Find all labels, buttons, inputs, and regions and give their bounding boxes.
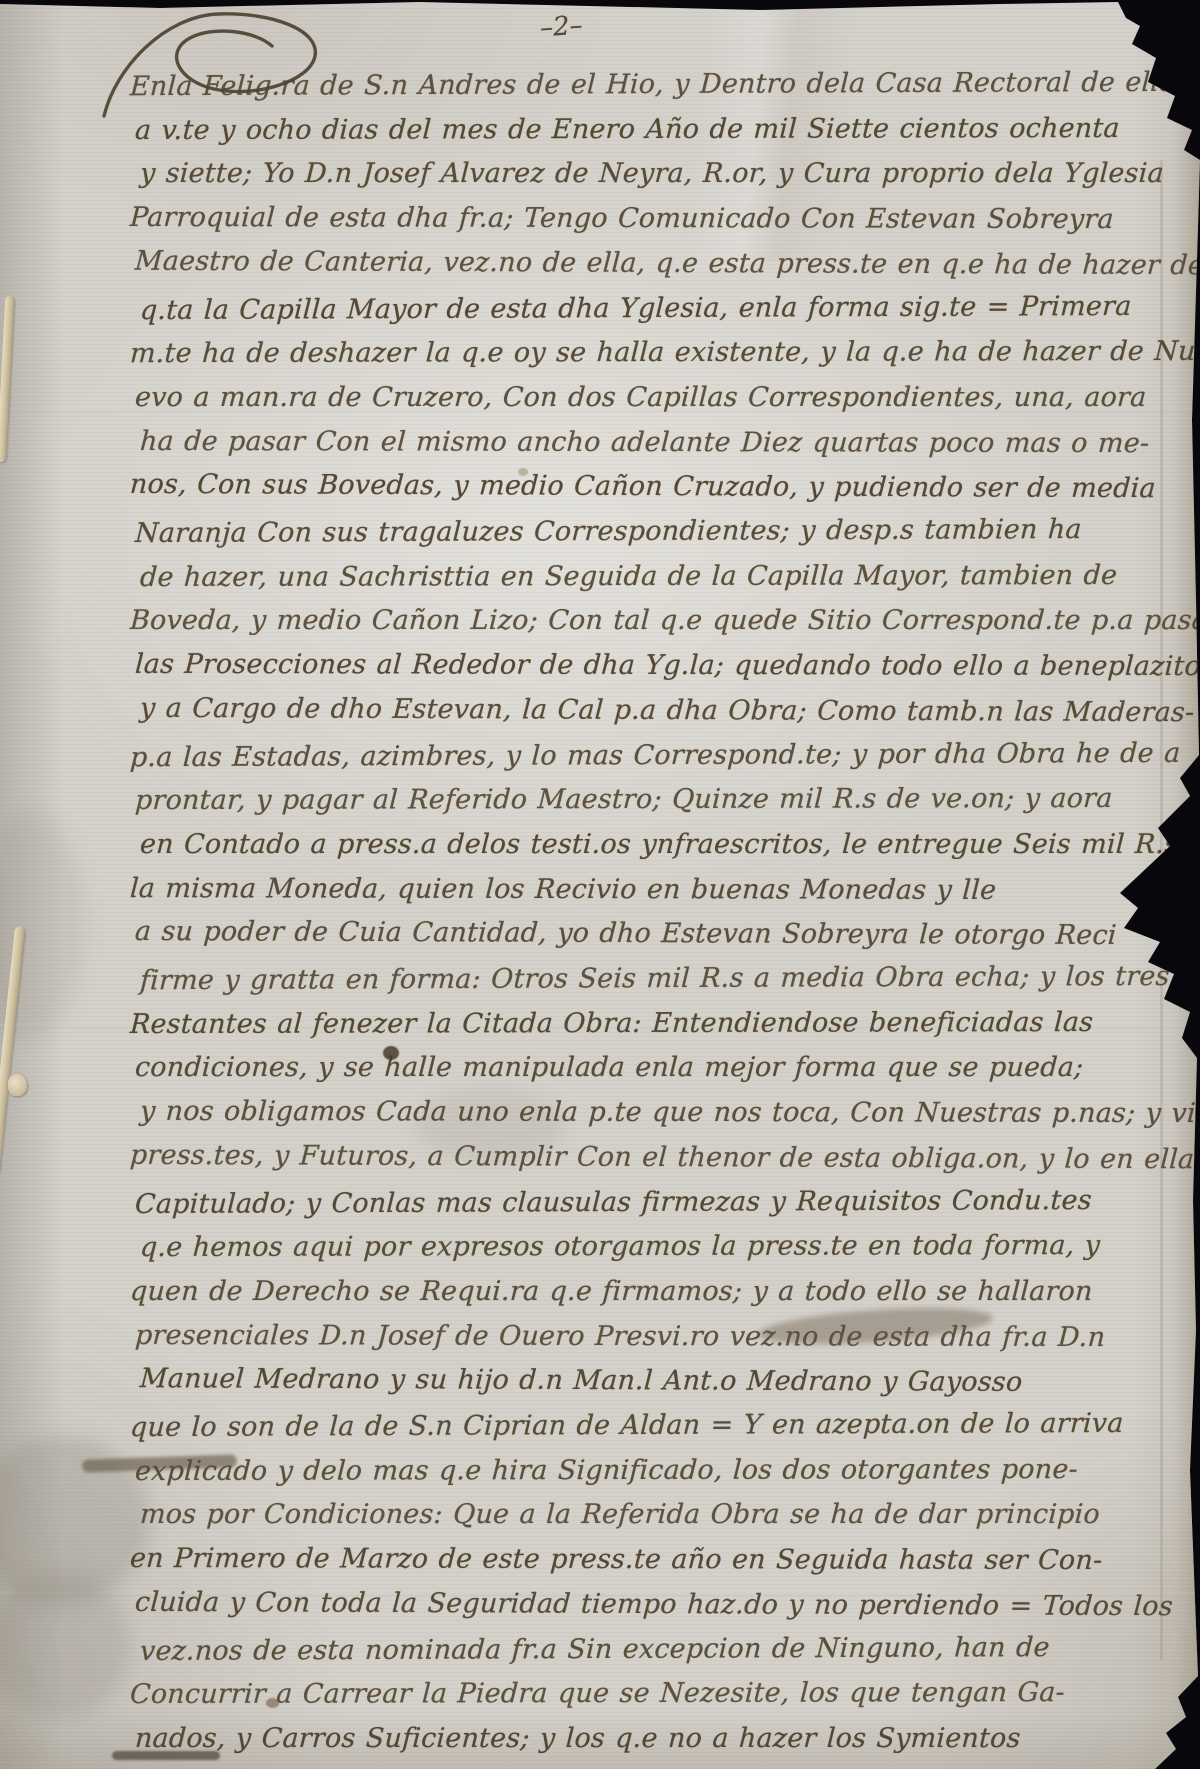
binding-thread-knot	[8, 1074, 27, 1096]
manuscript-scan: –2– Enla Felig.ra de S.n Andres de el Hi…	[0, 0, 1200, 1769]
manuscript-line-35: cluida y Con toda la Seguridad tiempo ha…	[134, 1586, 1174, 1624]
manuscript-line-28: quen de Derecho se Requi.ra q.e firmamos…	[129, 1275, 1093, 1309]
manuscript-line-3: y siette; Yo D.n Josef Alvarez de Neyra,…	[139, 157, 1165, 191]
manuscript-line-19: la misma Moneda, quien los Recivio en bu…	[129, 872, 997, 908]
manuscript-line-23: condiciones, y se halle manipulada enla …	[134, 1051, 1084, 1085]
manuscript-line-22: Restantes al fenezer la Citada Obra: Ent…	[129, 1006, 1094, 1042]
manuscript-line-16: p.a las Estadas, azimbres, y lo mas Corr…	[129, 736, 1181, 774]
manuscript-line-30: Manuel Medrano y su hijo d.n Man.l Ant.o…	[139, 1362, 1023, 1400]
manuscript-line-33: mos por Condiciones: Que a la Referida O…	[139, 1498, 1101, 1532]
manuscript-line-37: Concurrir a Carrear la Piedra que se Nez…	[129, 1676, 1066, 1712]
manuscript-line-1: Enla Felig.ra de S.n Andres de el Hio, y…	[129, 66, 1176, 104]
manuscript-line-24: y nos obligamos Cada uno enla p.te que n…	[139, 1095, 1200, 1131]
manuscript-line-36: vez.nos de esta nominada fr.a Sin excepc…	[139, 1631, 1050, 1669]
manuscript-line-27: q.e hemos aqui por expresos otorgamos la…	[139, 1229, 1101, 1265]
manuscript-line-13: Boveda, y medio Cañon Lizo; Con tal q.e …	[129, 604, 1200, 638]
manuscript-line-12: de hazer, una Sachristtia en Seguida de …	[139, 559, 1118, 595]
manuscript-line-25: press.tes, y Futuros, a Cumplir Con el t…	[129, 1139, 1195, 1177]
manuscript-line-32: explicado y delo mas q.e hira Significad…	[134, 1453, 1079, 1489]
manuscript-line-7: m.te ha de deshazer la q.e oy se halla e…	[129, 335, 1200, 371]
manuscript-line-21: firme y gratta en forma: Otros Seis mil …	[139, 960, 1200, 999]
manuscript-line-5: Maestro de Canteria, vez.no de ella, q.e…	[134, 244, 1200, 283]
manuscript-page: –2– Enla Felig.ra de S.n Andres de el Hi…	[0, 0, 1200, 1769]
manuscript-line-14: las Prosecciones al Rededor de dha Yg.la…	[134, 648, 1200, 684]
manuscript-line-11: Naranja Con sus tragaluzes Correspondien…	[134, 513, 1082, 551]
manuscript-line-38: nados, y Carros Suficientes; y los q.e n…	[134, 1722, 1021, 1756]
manuscript-line-17: prontar, y pagar al Referido Maestro; Qu…	[134, 782, 1113, 818]
manuscript-line-20: a su poder de Cuia Cantidad, yo dho Este…	[134, 915, 1118, 953]
manuscript-line-6: q.ta la Capilla Mayor de esta dha Yglesi…	[139, 289, 1132, 327]
manuscript-line-2: a v.te y ocho dias del mes de Enero Año …	[134, 112, 1120, 148]
manuscript-line-8: evo a man.ra de Cruzero, Con dos Capilla…	[134, 381, 1147, 415]
manuscript-line-31: que lo son de la de S.n Ciprian de Aldan…	[129, 1407, 1124, 1445]
manuscript-line-9: ha de pasar Con el mismo ancho adelante …	[139, 425, 1150, 461]
manuscript-line-15: y a Cargo de dho Estevan, la Cal p.a dha…	[139, 692, 1195, 730]
manuscript-text-block: Enla Felig.ra de S.n Andres de el Hio, y…	[0, 0, 1200, 1769]
manuscript-line-29: presenciales D.n Josef de Ouero Presvi.r…	[134, 1319, 1106, 1355]
manuscript-line-4: Parroquial de esta dha fr.a; Tengo Comun…	[129, 201, 1115, 237]
manuscript-line-34: en Primero de Marzo de este press.te año…	[129, 1542, 1103, 1578]
manuscript-line-10: nos, Con sus Bovedas, y medio Cañon Cruz…	[129, 468, 1157, 506]
manuscript-line-18: en Contado a press.a delos testi.os ynfr…	[139, 828, 1200, 862]
manuscript-line-26: Capitulado; y Conlas mas clausulas firme…	[134, 1183, 1092, 1221]
